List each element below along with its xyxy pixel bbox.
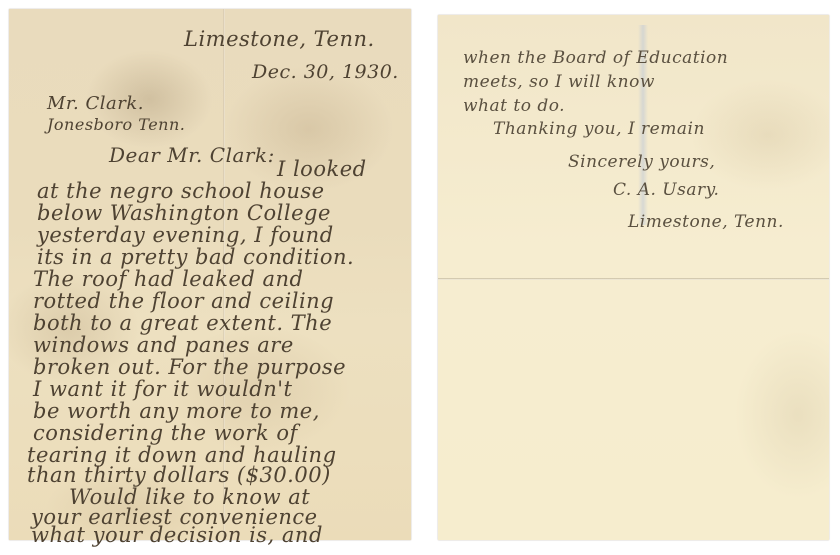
letter-page-2: when the Board of Education meets, so I … (438, 15, 829, 540)
letter-page-1: Limestone, Tenn. Dec. 30, 1930. Mr. Clar… (9, 9, 411, 540)
salutation: Dear Mr. Clark: (109, 143, 275, 167)
body-line: broken out. For the purpose (33, 355, 346, 379)
body-line: The roof had leaked and (33, 267, 304, 291)
body-line: rotted the floor and ceiling (33, 289, 334, 313)
body-line: its in a pretty bad condition. (37, 245, 354, 269)
body-line: I want it for it wouldn't (33, 377, 292, 401)
letter-date: Dec. 30, 1930. (252, 61, 399, 83)
body-line: I looked (277, 157, 367, 181)
letter-place-header: Limestone, Tenn. (184, 27, 375, 51)
closing-line: Thanking you, I remain (493, 119, 705, 139)
body-line: windows and panes are (33, 333, 294, 357)
signature: C. A. Usary. (613, 180, 719, 200)
body-line: below Washington College (37, 201, 331, 225)
recipient-place: Jonesboro Tenn. (47, 115, 185, 134)
body-line: when the Board of Education (463, 48, 728, 68)
body-line: yesterday evening, I found (37, 223, 334, 247)
body-line: meets, so I will know (463, 72, 655, 92)
horizontal-fold-crease (438, 278, 829, 280)
signature-place: Limestone, Tenn. (628, 212, 784, 232)
body-line: at the negro school house (37, 179, 325, 203)
body-line: what your decision is, and (31, 523, 323, 547)
body-line: than thirty dollars ($30.00) (27, 463, 331, 487)
body-line: considering the work of (33, 421, 298, 445)
body-line: both to a great extent. The (33, 311, 332, 335)
body-line: what to do. (463, 96, 565, 116)
valediction: Sincerely yours, (568, 152, 715, 172)
body-line: be worth any more to me, (33, 399, 320, 423)
recipient-name: Mr. Clark. (47, 93, 144, 114)
